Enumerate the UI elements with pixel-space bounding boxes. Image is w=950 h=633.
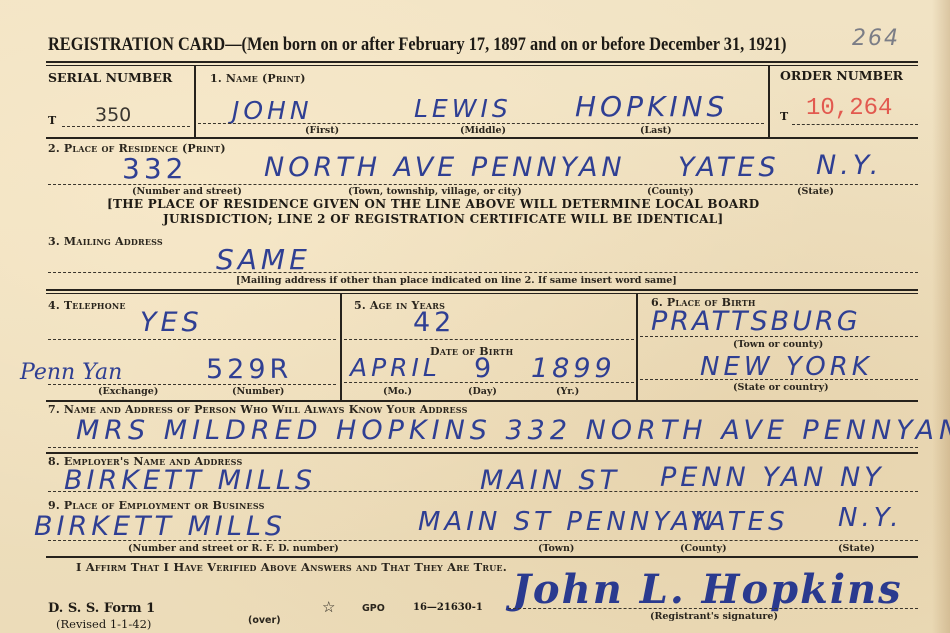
age-line [344,339,634,340]
rule-row3 [46,289,918,291]
registration-card: REGISTRATION CARD—(Men born on or after … [0,0,950,633]
birthplace-town-line [640,336,918,337]
card-edge-shadow [932,0,950,633]
residence-town: NORTH AVE PENNYAN [264,152,626,183]
divider-birthplace [636,294,638,400]
birth-day: 9 [474,353,495,384]
name-label: 1. Name (Print) [210,72,306,85]
rule-top [46,61,918,63]
birth-year: 1899 [531,353,616,384]
form-number: D. S. S. Form 1 [48,601,155,616]
registrant-signature: John L. Hopkins [512,566,903,613]
employment-county: YATES [690,507,789,537]
mailing-address-label: 3. Mailing Address [48,235,163,248]
birthplace-state: NEW YORK [700,352,873,382]
signature-line [508,608,918,609]
serial-prefix: T [48,114,56,127]
employment-street-caption: (Number and street or R. F. D. number) [128,543,339,554]
residence-county-caption: (County) [647,186,694,197]
birth-day-caption: (Day) [468,386,497,397]
date-of-birth-label: Date of Birth [430,345,513,358]
name-first-caption: (First) [305,125,339,136]
residence-notice-line2: JURISDICTION; LINE 2 OF REGISTRATION CER… [163,212,723,226]
form-revised: (Revised 1-1-42) [56,617,151,631]
mailing-line [48,272,918,273]
name-middle: LEWIS [414,94,512,123]
residence-line [48,184,918,185]
residence-county: YATES [678,152,780,183]
residence-state: N.Y. [816,150,882,181]
divider-serial [194,66,196,138]
rule-row9 [46,556,918,558]
name-middle-caption: (Middle) [460,125,506,136]
employment-county-caption: (County) [680,543,727,554]
serial-line [62,126,190,127]
employer-town: PENN YAN NY [660,462,885,493]
name-first: JOHN [232,96,313,125]
rule-row6 [46,400,918,402]
employment-state: N.Y. [838,503,903,533]
dob-line [344,382,634,383]
print-code: 16—21630-1 [413,602,483,613]
employment-line [48,540,918,541]
rule-top-thin [46,65,918,66]
rule-row3-thin [46,293,918,294]
employment-town-caption: (Town) [538,543,574,554]
age-value: 42 [413,307,455,338]
mailing-address-caption: [Mailing address if other than place ind… [236,275,677,286]
pencil-note: 264 [852,26,900,51]
rule-row7 [46,452,918,454]
birthplace-state-caption: (State or country) [733,382,829,393]
contact-value: MRS MILDRED HOPKINS 332 NORTH AVE PENNYA… [76,415,950,446]
order-number-label: ORDER NUMBER [780,68,903,83]
telephone-line [48,339,336,340]
name-line [198,123,764,124]
rule-row1 [46,137,918,139]
employer-line [48,491,918,492]
serial-number-label: SERIAL NUMBER [48,70,172,85]
telephone-exchange-line [48,384,336,385]
telephone-exchange: Penn Yan [20,360,122,385]
birthplace-state-line [640,379,918,380]
residence-town-caption: (Town, township, village, or city) [348,186,522,197]
divider-age [340,294,342,400]
gpo-mark: GPO [362,603,385,614]
order-prefix: T [780,110,788,123]
telephone-label: 4. Telephone [48,299,126,312]
residence-notice-line1: [THE PLACE OF RESIDENCE GIVEN ON THE LIN… [107,197,759,211]
employment-town: MAIN ST PENNYAN [418,507,716,537]
star-icon: ☆ [322,598,335,616]
birthplace-town-caption: (Town or county) [733,339,823,350]
order-number-value: 10,264 [806,95,892,122]
birth-year-caption: (Yr.) [556,386,579,397]
residence-state-caption: (State) [797,186,834,197]
employment-state-caption: (State) [838,543,875,554]
birthplace-town: PRATTSBURG [651,306,861,337]
telephone-value: YES [140,307,203,338]
birth-month: APRIL [350,353,441,382]
residence-street: 332 [122,152,187,185]
telephone-number: 529R [206,354,292,385]
residence-street-caption: (Number and street) [132,186,242,197]
name-last: HOPKINS [575,90,728,123]
card-title: REGISTRATION CARD—(Men born on or after … [48,34,786,56]
over-note: (over) [248,615,281,626]
telephone-exchange-caption: (Exchange) [98,386,158,397]
affirmation-text: I Affirm That I Have Verified Above Answ… [76,560,507,574]
serial-value: 350 [95,104,131,126]
employment-street: BIRKETT MILLS [34,511,286,542]
name-last-caption: (Last) [640,125,672,136]
order-line [792,124,918,125]
divider-order [768,66,770,138]
birth-month-caption: (Mo.) [383,386,412,397]
signature-caption: (Registrant's signature) [650,611,778,622]
contact-line [48,447,918,448]
telephone-number-caption: (Number) [232,386,284,397]
